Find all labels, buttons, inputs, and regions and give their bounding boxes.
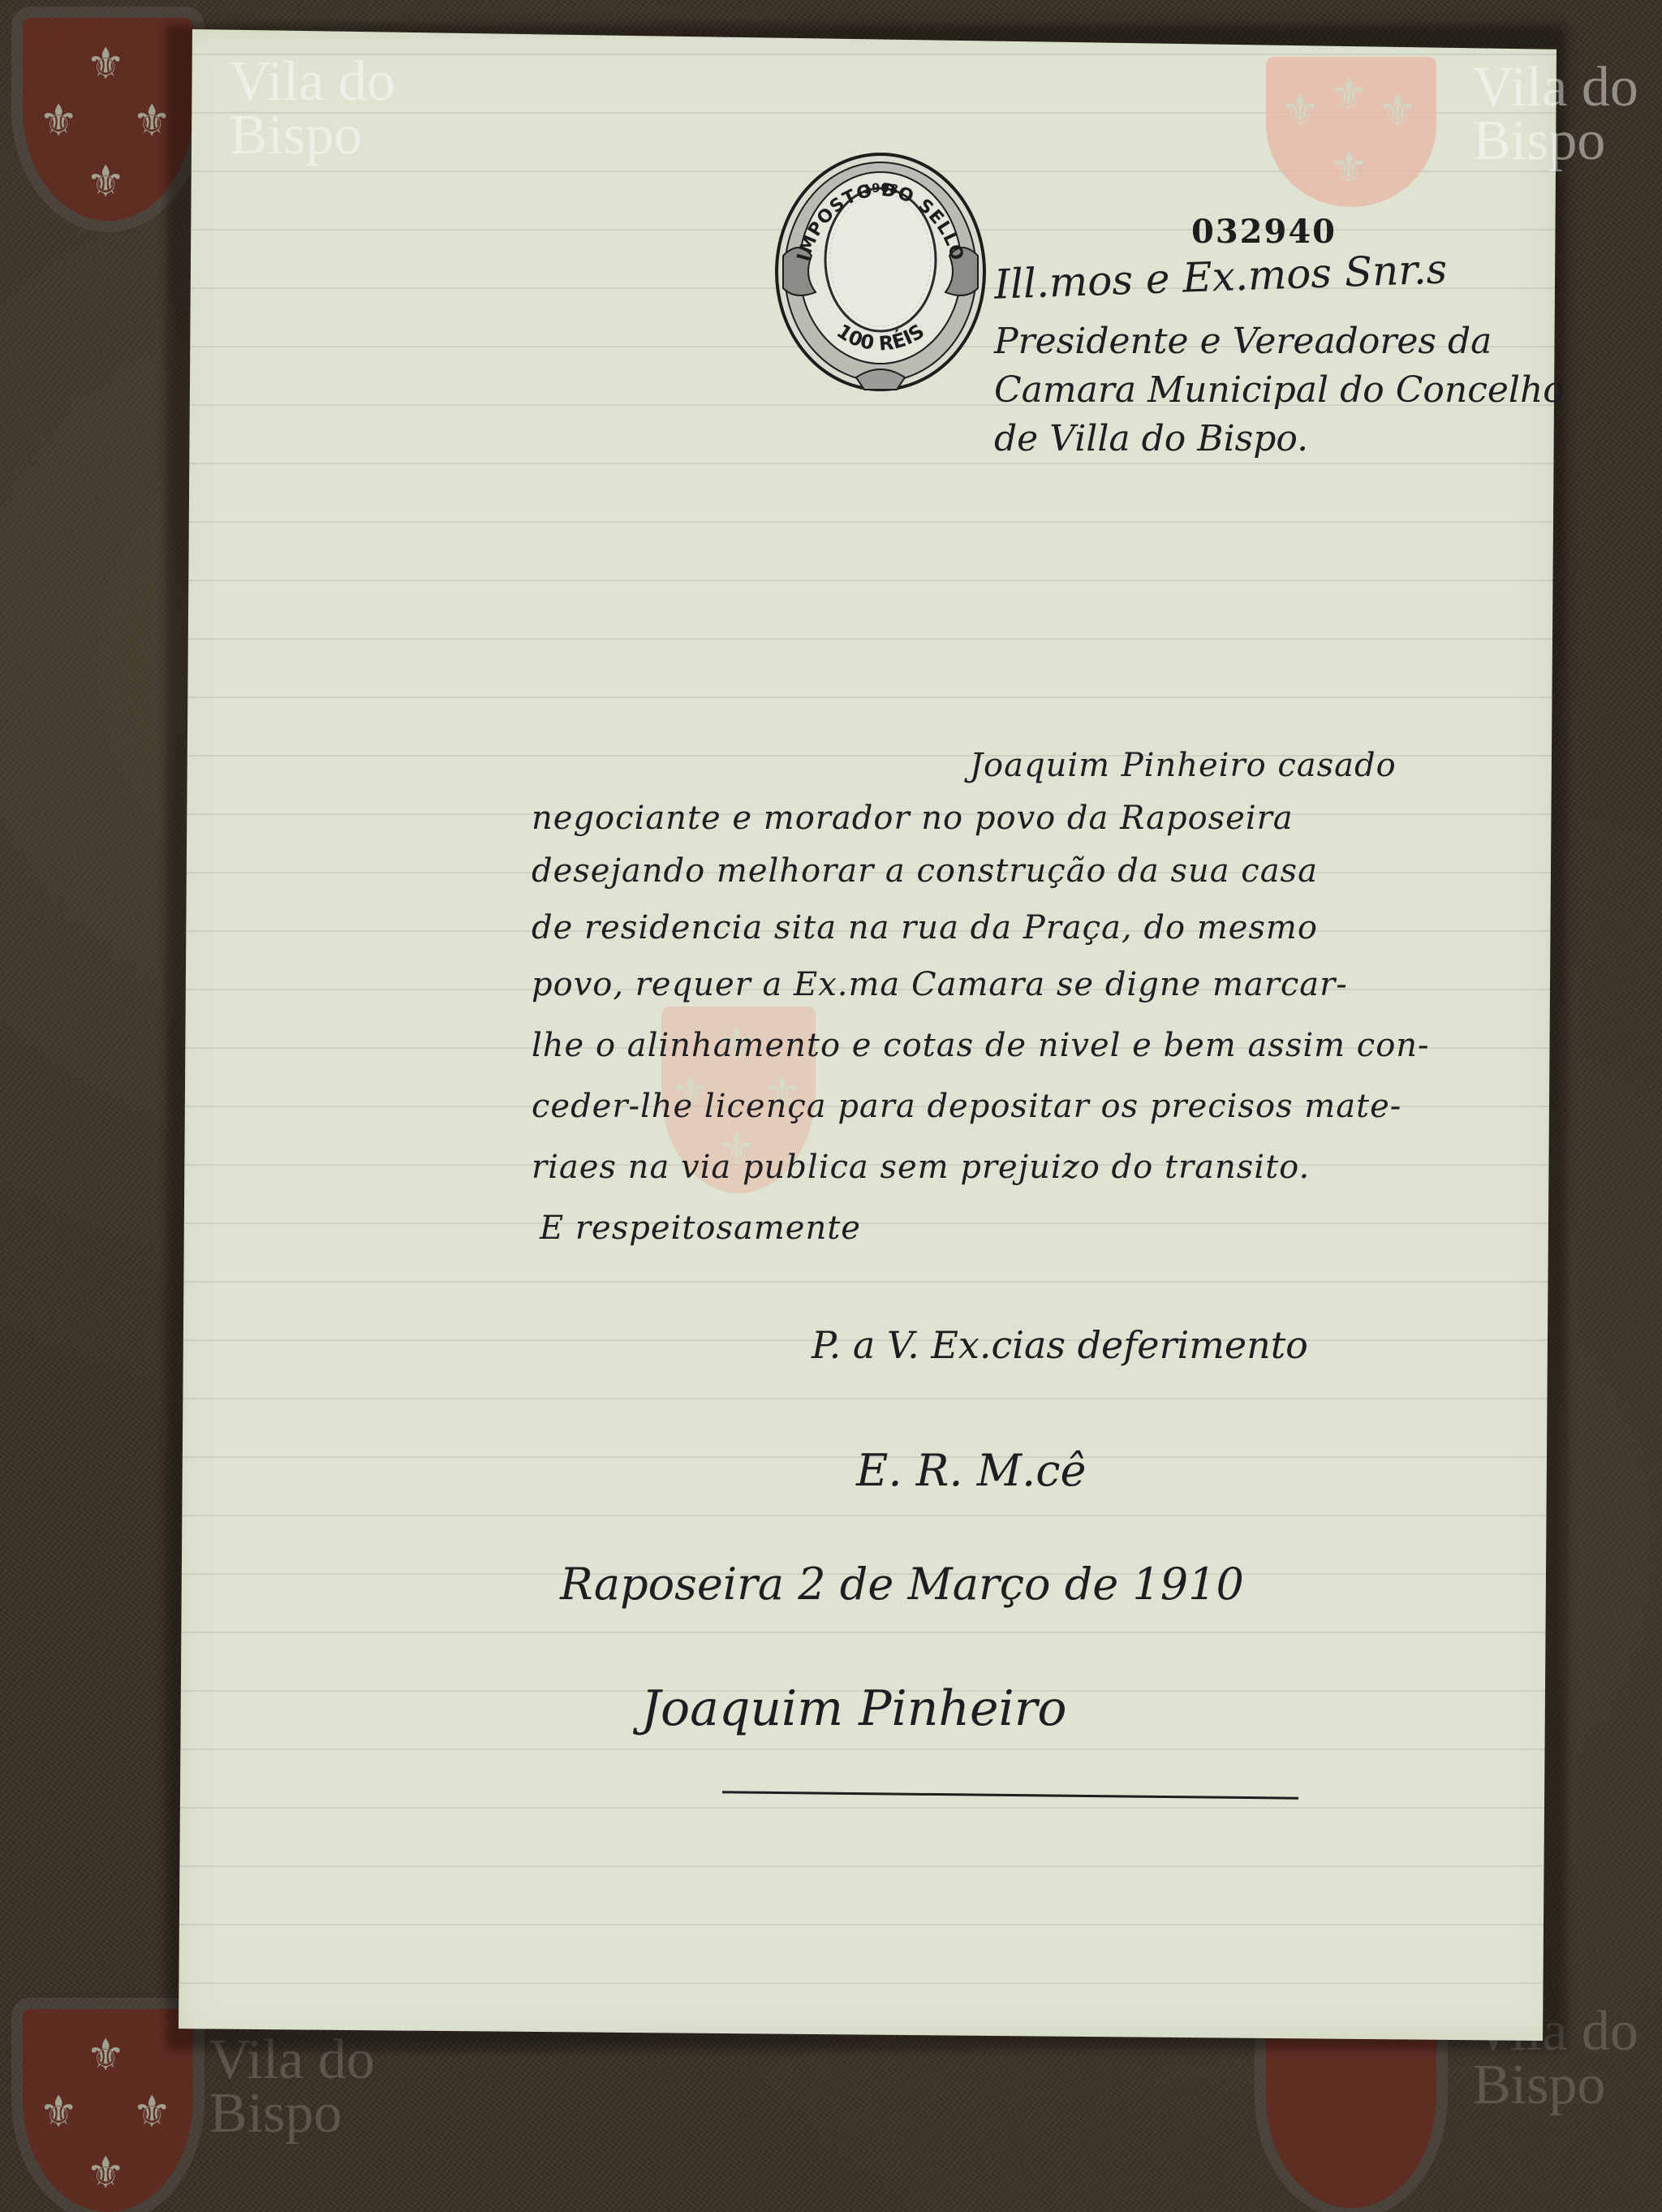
address-line: de Villa do Bispo. bbox=[994, 418, 1308, 459]
body-line: povo, requer a Ex.ma Camara se digne mar… bbox=[532, 966, 1348, 1003]
svg-text:1908: 1908 bbox=[862, 180, 900, 196]
fleur-icon: ⚜ bbox=[86, 2151, 125, 2195]
fleur-icon: ⚜ bbox=[1329, 73, 1368, 117]
stamp-serial-number: 032940 bbox=[1191, 213, 1337, 251]
tax-stamp: IMPOSTO DO SELLO 1908 100 RÉIS bbox=[759, 146, 1002, 398]
fleur-icon: ⚜ bbox=[1329, 146, 1368, 190]
fleur-icon: ⚜ bbox=[132, 2090, 171, 2134]
watermark-line2: Bispo bbox=[1473, 2059, 1638, 2112]
body-line: E respeitosamente bbox=[540, 1209, 861, 1247]
watermark-line1: Vila do bbox=[230, 55, 395, 109]
svg-text:100 RÉIS: 100 RÉIS bbox=[833, 320, 928, 356]
place-date: Raposeira 2 de Março de 1910 bbox=[560, 1559, 1244, 1610]
closing-request: P. a V. Ex.cias deferimento bbox=[812, 1323, 1308, 1367]
address-line: Camara Municipal do Concelho bbox=[994, 369, 1565, 411]
address-line: Presidente e Vereadores da bbox=[994, 321, 1492, 362]
body-line: desejando melhorar a construção da sua c… bbox=[532, 852, 1318, 890]
watermark-line1: Vila do bbox=[1473, 61, 1638, 114]
stamp-value: 100 RÉIS bbox=[833, 320, 928, 356]
watermark-text-top-right: Vila do Bispo bbox=[1473, 61, 1638, 168]
body-line: ceder-lhe licença para depositar os prec… bbox=[532, 1088, 1402, 1125]
watermark-line2: Bispo bbox=[209, 2087, 375, 2141]
watermark-line2: Bispo bbox=[1473, 114, 1638, 168]
body-line: lhe o alinhamento e cotas de nivel e bem… bbox=[532, 1027, 1430, 1064]
signature: Joaquim Pinheiro bbox=[641, 1680, 1067, 1737]
body-line: negociante e morador no povo da Raposeir… bbox=[532, 800, 1294, 837]
fleur-icon: ⚜ bbox=[1281, 89, 1320, 133]
body-line: de residencia sita na rua da Praça, do m… bbox=[532, 909, 1318, 946]
closing-abbreviation: E. R. M.cê bbox=[856, 1445, 1086, 1496]
stamp-year: 1908 bbox=[862, 180, 900, 196]
fleur-icon: ⚜ bbox=[86, 160, 125, 204]
watermark-line2: Bispo bbox=[230, 109, 395, 162]
watermark-text-top-left: Vila do Bispo bbox=[230, 55, 395, 162]
fleur-icon: ⚜ bbox=[39, 99, 78, 143]
stamp-text-layer: IMPOSTO DO SELLO 1908 100 RÉIS bbox=[759, 146, 1002, 398]
body-line: Joaquim Pinheiro casado bbox=[970, 747, 1397, 784]
fleur-icon: ⚜ bbox=[39, 2090, 78, 2134]
fleur-icon: ⚜ bbox=[86, 2033, 125, 2077]
fleur-icon: ⚜ bbox=[1378, 89, 1417, 133]
body-line: riaes na via publica sem prejuizo do tra… bbox=[532, 1149, 1310, 1186]
fleur-icon: ⚜ bbox=[86, 42, 125, 86]
